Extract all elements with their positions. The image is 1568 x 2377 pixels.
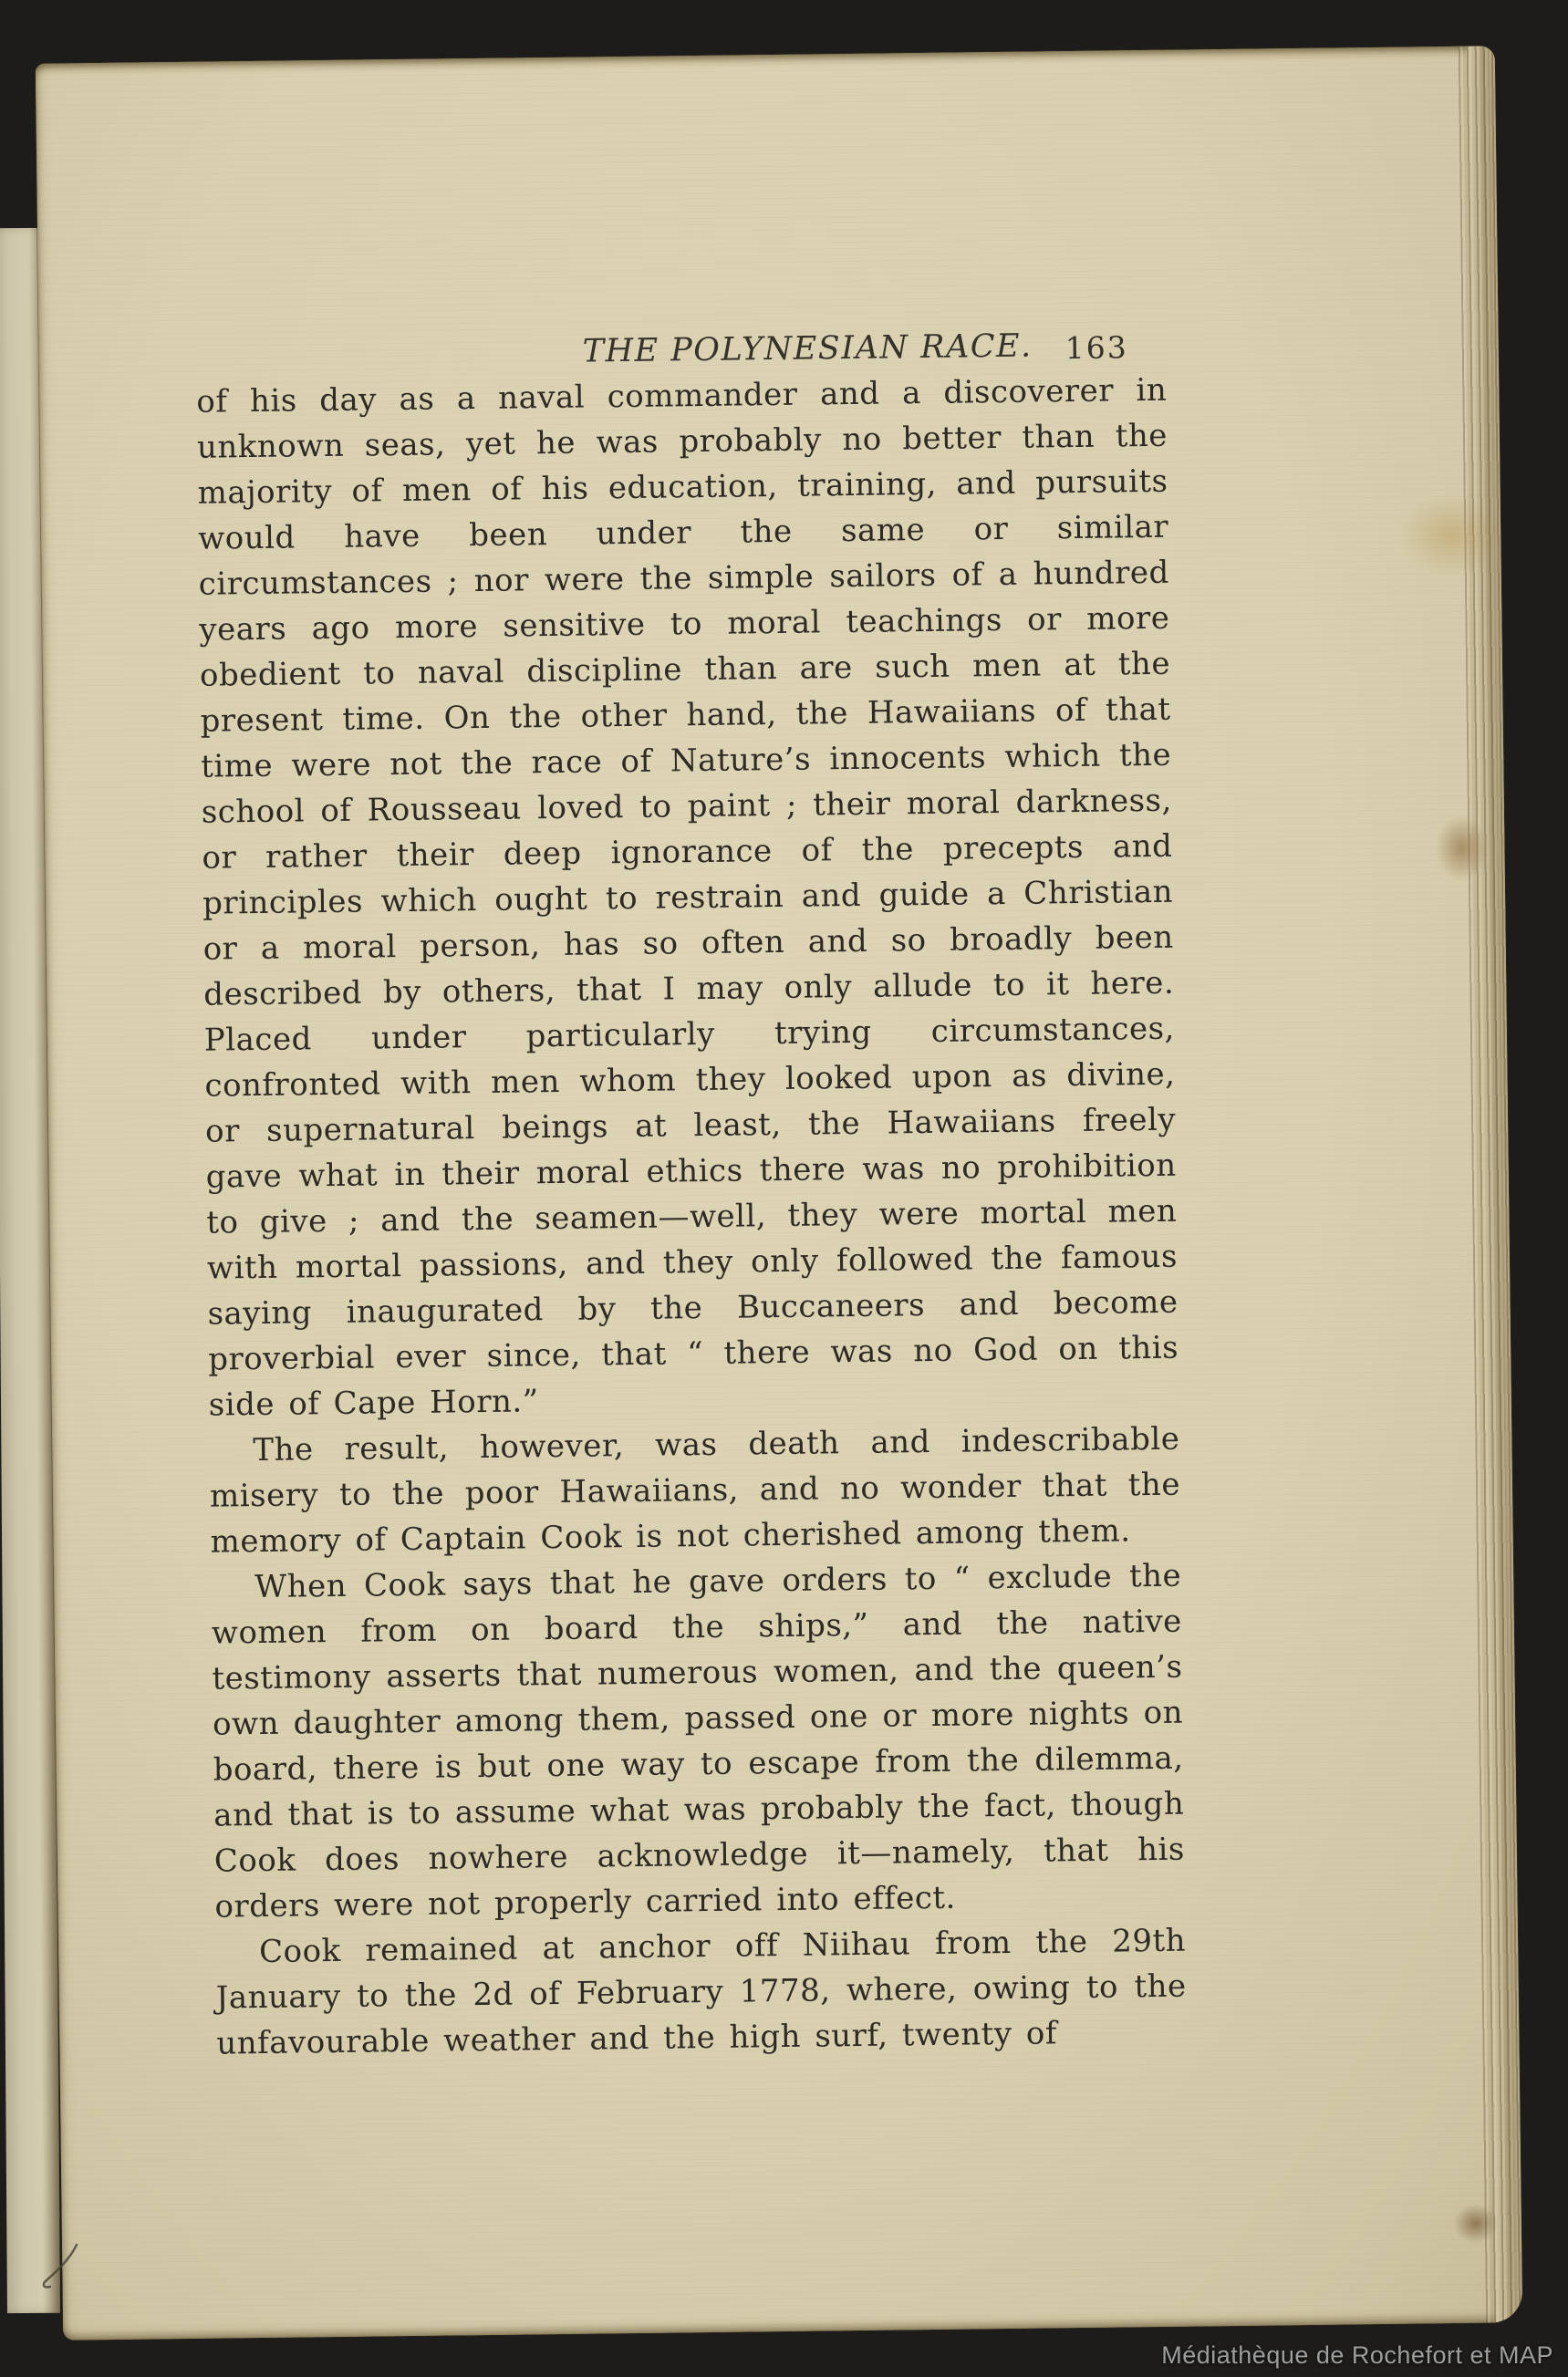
page-title: THE POLYNESIAN RACE. [583, 331, 1033, 368]
ink-mark [38, 2242, 82, 2293]
page-number: 163 [1065, 332, 1128, 363]
body-paragraph: When Cook says that he gave orders to “ … [211, 1553, 1186, 1930]
page-fore-edge [1459, 46, 1522, 2322]
body-paragraph: Cook remained at anchor off Niihau from … [215, 1918, 1188, 2067]
text-block: of his day as a naval commander and a di… [196, 368, 1188, 2067]
body-paragraph: of his day as a naval commander and a di… [196, 368, 1179, 1428]
watermark: Médiathèque de Rochefort et MAP [1161, 2341, 1553, 2370]
body-paragraph: The result, however, was death and indes… [209, 1417, 1181, 1565]
scan-background: THE POLYNESIAN RACE. 163 of his day as a… [0, 0, 1568, 2377]
book-page: THE POLYNESIAN RACE. 163 of his day as a… [36, 46, 1522, 2340]
